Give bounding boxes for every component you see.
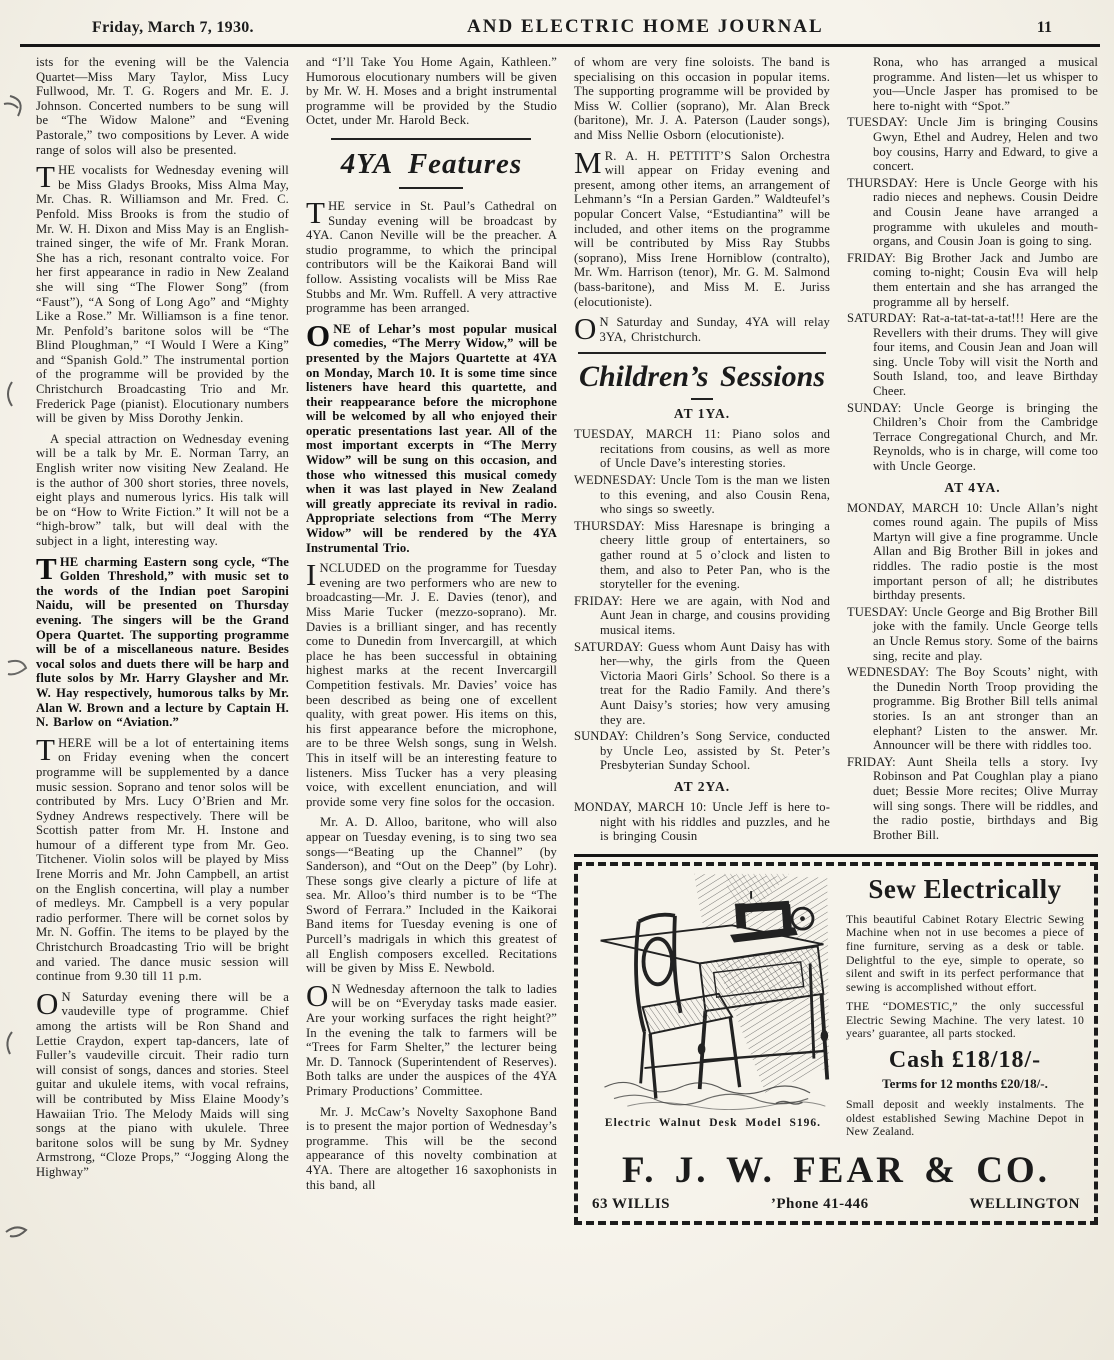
advertiser-address: 63 WILLIS [592,1196,670,1213]
drop-cap: M [574,149,605,176]
section-divider [331,138,531,140]
schedule-entry: FRIDAY: Big Brother Jack and Jumbo are c… [847,251,1098,309]
schedule-entry: WEDNESDAY: Uncle Tom is the man we liste… [574,473,830,517]
schedule-entry: FRIDAY: Aunt Sheila tells a story. Ivy R… [847,755,1098,843]
advert-terms: Terms for 12 months £20/18/-. [846,1076,1084,1092]
paragraph-text: N Wednesday afternoon the talk to ladies… [306,982,557,1098]
advert-illustration-block: Electric Walnut Desk Model S196. [588,872,838,1145]
subhead-at-2ya: AT 2YA. [574,779,830,795]
paragraph: ON Saturday and Sunday, 4YA will relay 3… [574,315,830,344]
page-number: 11 [1037,19,1060,37]
paragraph-text: HERE will be a lot of entertaining items… [36,736,289,984]
newspaper-page: Friday, March 7, 1930. AND ELECTRIC HOME… [0,0,1114,1360]
drop-cap: O [36,990,62,1017]
column-4: Rona, who has arranged a musical program… [847,55,1098,846]
paragraph: and “I’ll Take You Home Again, Kathleen.… [306,55,557,128]
end-of-column-rule [574,854,1098,857]
sewing-machine-illustration [589,872,837,1110]
illustration-caption: Electric Walnut Desk Model S196. [588,1117,838,1129]
column-3: of whom are very fine soloists. The band… [574,55,830,846]
paragraph: THERE will be a lot of entertaining item… [36,736,289,984]
advertiser-phone: ’Phone 41-446 [771,1196,869,1213]
heading-underline [691,398,713,400]
schedule-entry: TUESDAY: Uncle George and Big Brother Bi… [847,605,1098,663]
paragraph-text: NE of Lehar’s most popular musical comed… [306,322,557,555]
advert-paragraph: This beautiful Cabinet Rotary Electric S… [846,913,1084,995]
subhead-at-4ya: AT 4YA. [847,480,1098,496]
paragraph: A special attraction on Wednesday evenin… [36,432,289,549]
schedule-entry: THURSDAY: Miss Haresnape is bringing a c… [574,519,830,592]
paragraph: MR. A. H. PETTITT’S Salon Orchestra will… [574,149,830,310]
section-divider [578,352,826,354]
paragraph-text: NCLUDED on the programme for Tuesday eve… [306,561,557,809]
paragraph: Mr. A. D. Alloo, baritone, who will also… [306,815,557,976]
drop-cap: O [306,322,333,349]
drop-cap: I [306,561,319,588]
paragraph-text: HE charming Eastern song cycle, “The Gol… [36,555,289,730]
advertiser-city: WELLINGTON [969,1196,1080,1213]
paragraph: ON Saturday evening there will be a vaud… [36,990,289,1180]
drop-cap: O [306,982,332,1009]
section-heading-4ya-features: 4YA Features [306,148,557,181]
paragraph-text: N Saturday evening there will be a vaude… [36,990,289,1179]
journal-title: AND ELECTRIC HOME JOURNAL [467,16,824,38]
advert-paragraph: THE “DOMESTIC,” the only successful Elec… [846,1000,1084,1041]
paragraph: INCLUDED on the programme for Tuesday ev… [306,561,557,809]
paragraph: ONE of Lehar’s most popular musical come… [306,322,557,556]
column-2: and “I’ll Take You Home Again, Kathleen.… [306,55,557,1225]
advertiser-name: F. J. W. FEAR & CO. [588,1149,1084,1192]
paragraph: ON Wednesday afternoon the talk to ladie… [306,982,557,1099]
schedule-entry: SUNDAY: Uncle George is bringing the Chi… [847,401,1098,474]
section-heading-childrens-sessions: Children’s Sessions [574,360,830,394]
sewing-machine-advert: Electric Walnut Desk Model S196. Sew Ele… [574,862,1098,1225]
schedule-entry: TUESDAY: Uncle Jim is bringing Cousins G… [847,115,1098,173]
issue-date: Friday, March 7, 1930. [92,19,254,37]
drop-cap: T [36,555,60,582]
drop-cap: O [574,315,600,342]
drop-cap: T [36,163,58,190]
advert-headline: Sew Electrically [846,874,1084,905]
drop-cap: T [306,199,328,226]
paragraph-text: HE service in St. Paul’s Cathedral on Su… [306,199,557,315]
schedule-entry: SATURDAY: Guess whom Aunt Daisy has with… [574,640,830,728]
schedule-entry: SUNDAY: Children’s Song Service, conduct… [574,729,830,773]
paragraph-text: R. A. H. PETTITT’S Salon Orchestra will … [574,149,830,309]
advert-paragraph: Small deposit and weekly instalments. Th… [846,1098,1084,1139]
subhead-at-1ya: AT 1YA. [574,406,830,422]
masthead: Friday, March 7, 1930. AND ELECTRIC HOME… [20,0,1100,47]
paragraph: THE charming Eastern song cycle, “The Go… [36,555,289,730]
schedule-entry: SATURDAY: Rat-a-tat-tat-a-tat!!! Here ar… [847,311,1098,399]
advert-copy: Sew Electrically This beautiful Cabinet … [846,872,1084,1145]
schedule-entry: THURSDAY: Here is Uncle George with his … [847,176,1098,249]
drop-cap: T [36,736,58,763]
paragraph: of whom are very fine soloists. The band… [574,55,830,143]
schedule-entry: MONDAY, MARCH 10: Uncle Jeff is here to-… [574,800,830,844]
paragraph-text: N Saturday and Sunday, 4YA will relay 3Y… [600,315,830,344]
advert-price: Cash £18/18/- [846,1047,1084,1074]
paragraph: ists for the evening will be the Valenci… [36,55,289,157]
column-layout: ists for the evening will be the Valenci… [0,47,1114,1225]
paragraph: THE service in St. Paul’s Cathedral on S… [306,199,557,316]
schedule-entry: MONDAY, MARCH 10: Uncle Allan’s night co… [847,501,1098,603]
schedule-entry: FRIDAY: Here we are again, with Nod and … [574,594,830,638]
heading-underline [399,187,463,189]
column-1: ists for the evening will be the Valenci… [36,55,289,1225]
paragraph: THE vocalists for Wednesday evening will… [36,163,289,426]
right-half: of whom are very fine soloists. The band… [574,55,1098,1225]
schedule-entry-continuation: Rona, who has arranged a musical program… [847,55,1098,113]
paragraph-text: HE vocalists for Wednesday evening will … [36,163,289,425]
schedule-entry: WEDNESDAY: The Boy Scouts’ night, with t… [847,665,1098,753]
paragraph: Mr. J. McCaw’s Novelty Saxophone Band is… [306,1105,557,1193]
schedule-entry: TUESDAY, MARCH 11: Piano solos and recit… [574,427,830,471]
